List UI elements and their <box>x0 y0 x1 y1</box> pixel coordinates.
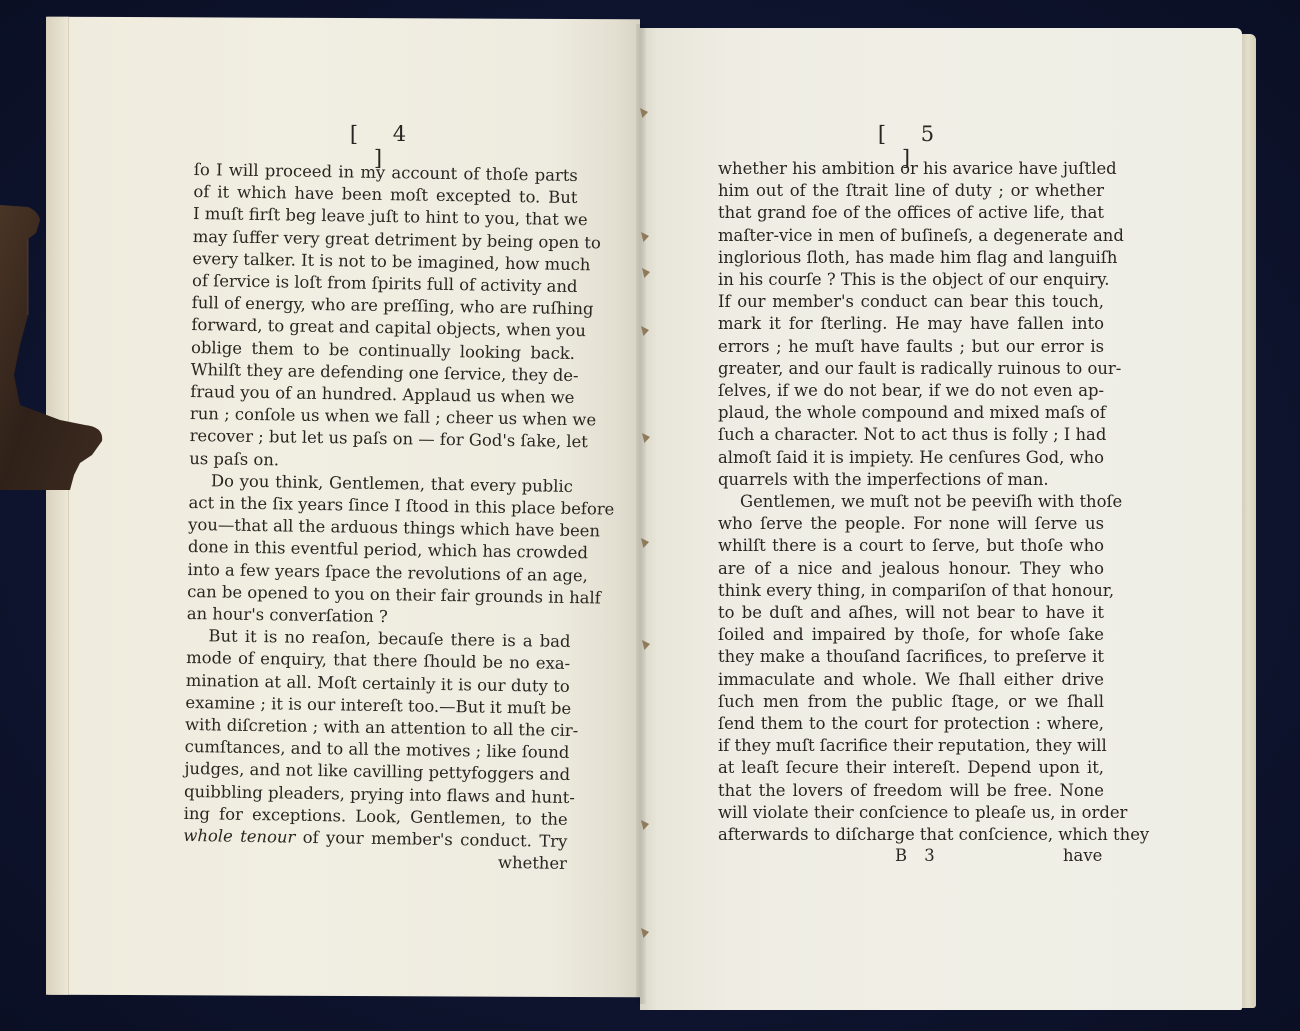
text-line: that the lovers of freedom will be free.… <box>718 780 1104 802</box>
text-line: at leaſt ſecure their intereſt. Depend u… <box>718 757 1104 779</box>
text-fragment: of your member's conduct. Try <box>295 828 567 851</box>
text-line: afterwards to diſcharge that conſcience,… <box>718 824 1104 846</box>
text-line: ſuch a character. Not to act thus is fol… <box>718 424 1104 446</box>
italic-emphasis: whole tenour <box>183 826 295 847</box>
text-line: mark it for ſterling. He may have fallen… <box>718 313 1104 335</box>
text-line: him out of the ſtrait line of duty ; or … <box>718 180 1104 202</box>
text-line: they make a thouſand ſacrifices, to preſ… <box>718 646 1104 668</box>
text-line: immaculate and whole. We ſhall either dr… <box>718 669 1104 691</box>
text-line: quarrels with the imperfections of man. <box>718 469 1104 491</box>
signature-mark: B 3 <box>895 846 941 865</box>
text-line: think every thing, in compariſon of that… <box>718 580 1104 602</box>
text-line: are of a nice and jealous honour. They w… <box>718 558 1104 580</box>
text-line: who ſerve the people. For none will ſerv… <box>718 513 1104 535</box>
text-line: in his courſe ? This is the object of ou… <box>718 269 1104 291</box>
page-clip-icon <box>0 205 115 490</box>
text-line: will violate their conſcience to pleaſe … <box>718 802 1104 824</box>
paragraph-start-line: Gentlemen, we muſt not be peeviſh with t… <box>718 491 1104 513</box>
text-line: whilſt there is a court to ſerve, but th… <box>718 535 1104 557</box>
text-line: that grand foe of the offices of active … <box>718 202 1104 224</box>
text-line: ſoiled and impaired by thoſe, for whoſe … <box>718 624 1104 646</box>
text-line: errors ; he muſt have faults ; but our e… <box>718 336 1104 358</box>
text-line: greater, and our fault is radically ruin… <box>718 358 1104 380</box>
book-gutter <box>636 24 646 1004</box>
page-fore-edge <box>1240 34 1256 1008</box>
text-line: whether his ambition or his avarice have… <box>718 158 1104 180</box>
text-line: maſter-vice in men of buſineſs, a degene… <box>718 225 1104 247</box>
text-line: almoſt ſaid it is impiety. He cenſures G… <box>718 447 1104 469</box>
text-line: to be duſt and aſhes, will not bear to h… <box>718 602 1104 624</box>
left-page-text: ſo I will proceed in my account of thoſe… <box>183 159 578 875</box>
text-line: if they muſt ſacrifice their reputation,… <box>718 735 1104 757</box>
text-line: inglorious ſloth, has made him flag and … <box>718 247 1104 269</box>
catchword: have <box>1063 846 1102 865</box>
text-line: plaud, the whole compound and mixed maſs… <box>718 402 1104 424</box>
text-line: ſelves, if we do not bear, if we do not … <box>718 380 1104 402</box>
text-line: ſuch men from the public ſtage, or we ſh… <box>718 691 1104 713</box>
text-line: If our member's conduct can bear this to… <box>718 291 1104 313</box>
right-page-text: whether his ambition or his avarice have… <box>718 158 1104 846</box>
text-line: ſend them to the court for protection : … <box>718 713 1104 735</box>
